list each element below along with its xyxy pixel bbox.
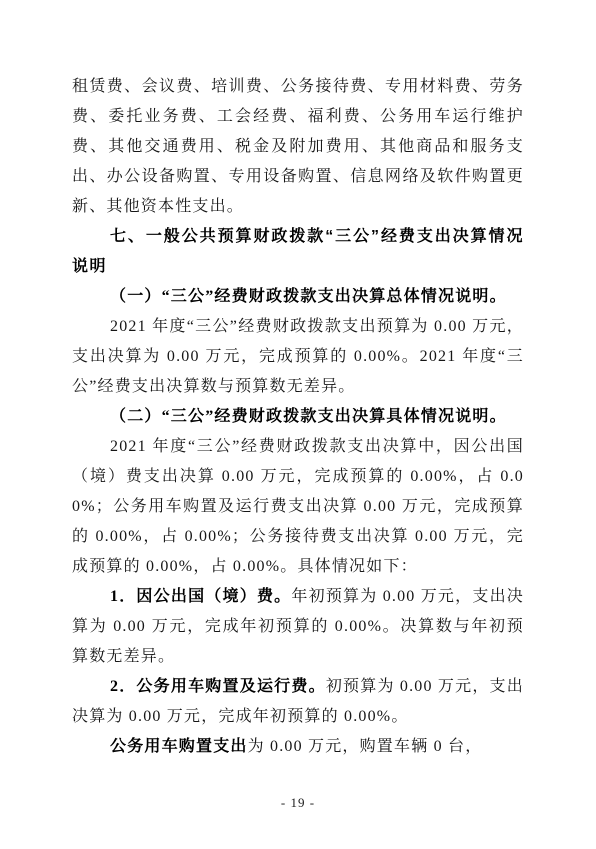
- heading-text: 七、一般公共预算财政拨款“三公”经费支出决算情况说明: [72, 228, 524, 275]
- document-body: 租赁费、会议费、培训费、公务接待费、专用材料费、劳务费、委托业务费、工会经费、福…: [72, 72, 524, 762]
- paragraph-vehicle-purchase: 公务用车购置支出为 0.00 万元，购置车辆 0 台，: [72, 732, 524, 762]
- paragraph-item-1-travel-abroad: 1．因公出国（境）费。年初预算为 0.00 万元，支出决算为 0.00 万元，完…: [72, 582, 524, 672]
- document-page: 租赁费、会议费、培训费、公务接待费、专用材料费、劳务费、委托业务费、工会经费、福…: [0, 0, 596, 849]
- paragraph-expense-categories: 租赁费、会议费、培训费、公务接待费、专用材料费、劳务费、委托业务费、工会经费、福…: [72, 72, 524, 222]
- subsection-two-heading: （二）“三公”经费财政拨款支出决算具体情况说明。: [72, 402, 524, 432]
- paragraph-text: 2021 年度“三公”经费财政拨款支出决算中，因公出国（境）费支出决算 0.00…: [72, 438, 524, 575]
- paragraph-specific-situation: 2021 年度“三公”经费财政拨款支出决算中，因公出国（境）费支出决算 0.00…: [72, 432, 524, 582]
- item-lead-bold: 1．因公出国（境）费。: [110, 588, 291, 605]
- paragraph-text: 为 0.00 万元，购置车辆 0 台，: [248, 738, 483, 755]
- paragraph-overall-situation: 2021 年度“三公”经费财政拨款支出预算为 0.00 万元，支出决算为 0.0…: [72, 312, 524, 402]
- subheading-text: （二）“三公”经费财政拨款支出决算具体情况说明。: [110, 408, 507, 425]
- paragraph-text: 2021 年度“三公”经费财政拨款支出预算为 0.00 万元，支出决算为 0.0…: [72, 318, 524, 395]
- item-lead-bold: 公务用车购置支出: [110, 738, 248, 755]
- subheading-text: （一）“三公”经费财政拨款支出决算总体情况说明。: [110, 288, 507, 305]
- page-number: - 19 -: [0, 795, 596, 811]
- subsection-one-heading: （一）“三公”经费财政拨款支出决算总体情况说明。: [72, 282, 524, 312]
- section-seven-heading: 七、一般公共预算财政拨款“三公”经费支出决算情况说明: [72, 222, 524, 282]
- paragraph-item-2-vehicles: 2．公务用车购置及运行费。初预算为 0.00 万元，支出决算为 0.00 万元，…: [72, 672, 524, 732]
- paragraph-text: 租赁费、会议费、培训费、公务接待费、专用材料费、劳务费、委托业务费、工会经费、福…: [72, 78, 524, 215]
- item-lead-bold: 2．公务用车购置及运行费。: [110, 678, 326, 695]
